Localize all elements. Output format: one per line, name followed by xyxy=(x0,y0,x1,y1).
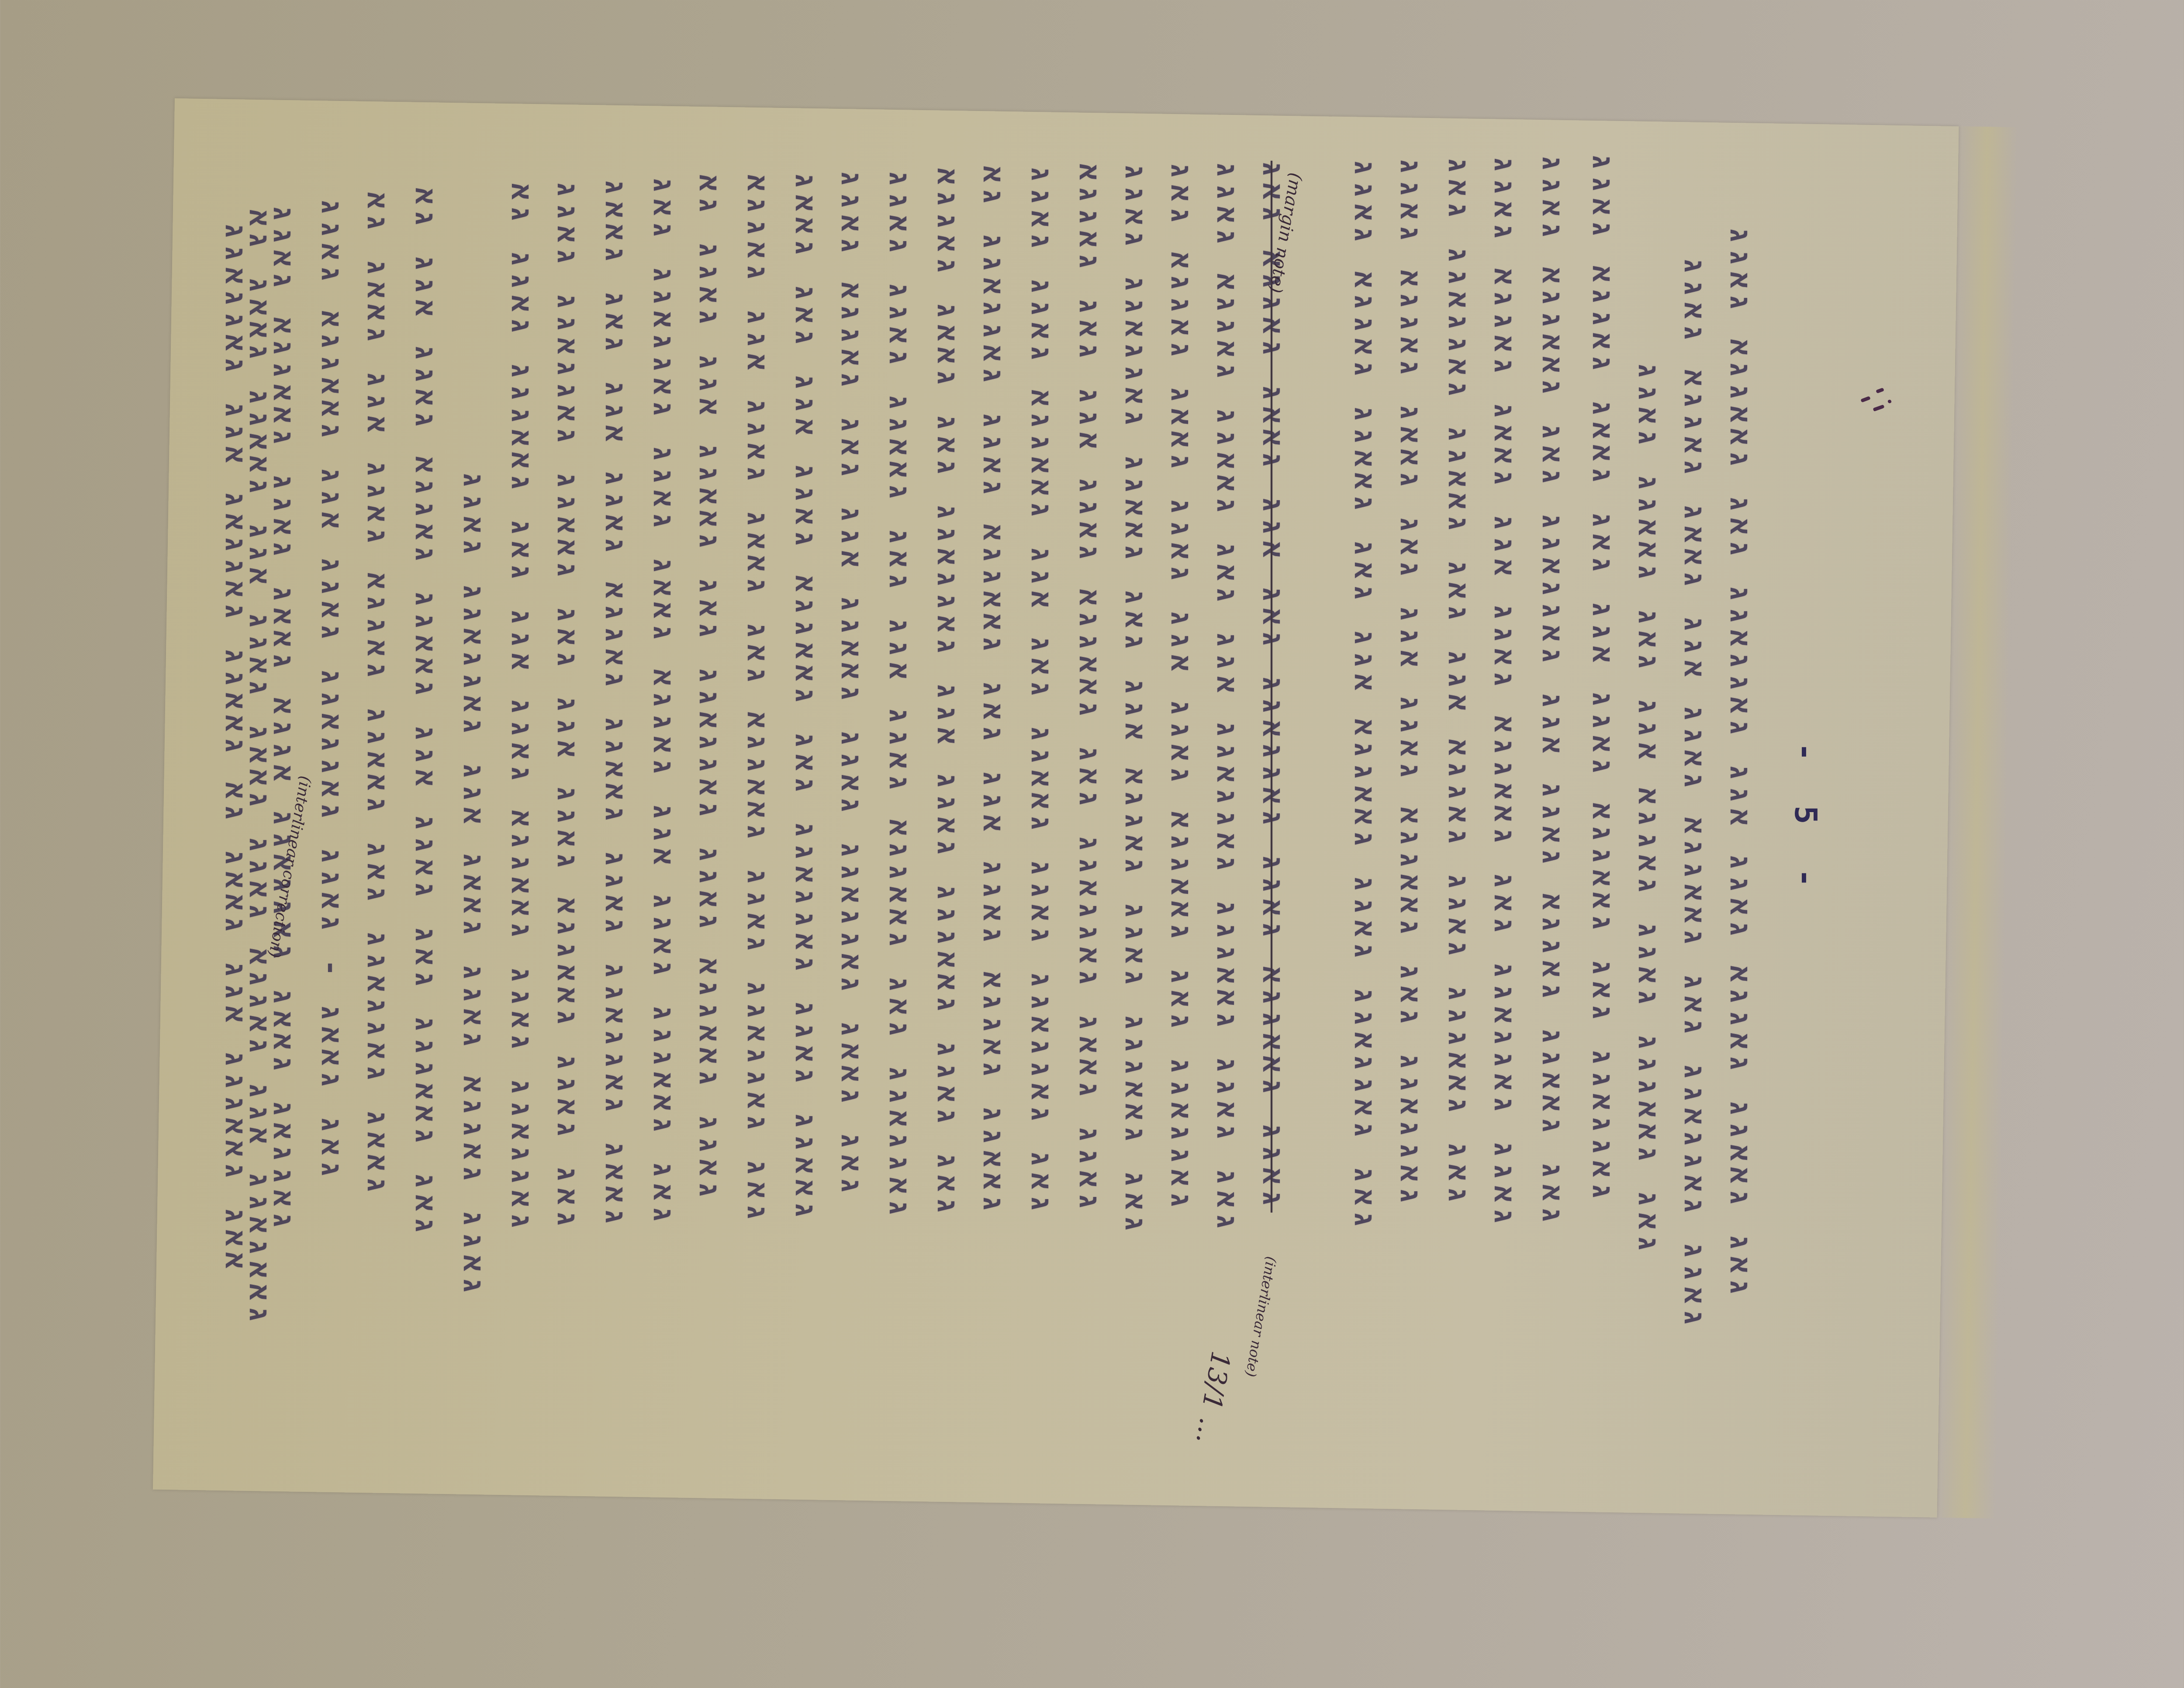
typed-line: גאג גאגגאגג גאגג גאאגגא גאג גאאג גאגג אג… xyxy=(743,175,773,1350)
typed-line: גאאג גאגגאגג גאגג גאאגג גאגגא גאגג אגג ג… xyxy=(601,179,631,1346)
typed-line: גאאגג גאגג גאגגאגג גאג גאאגגא גאגג אגג ג… xyxy=(791,173,821,1352)
typed-line: גאג גאגגאגג גאגג גאאגג גאג אגג גאאגגא גא… xyxy=(1026,166,1057,1354)
typed-line: גאג גאאגג גאגגא גאגג אגג גאגגאגג גאג גאא… xyxy=(1725,227,1756,1372)
typed-line: גאגג גאגגאגג גאג גאאגגא גאגג אגג גאאג גא… xyxy=(1489,156,1520,1366)
typed-line: גאג גאאגגג גאגג גאגגא אגג גאג גאאגג גאגג… xyxy=(1120,164,1151,1356)
typed-line: גאג גאגג גאאגגג גאגגאגג אגג גאג גאאגג גא… xyxy=(1212,162,1243,1359)
typed-line: גאגגאגג גאג גאאגגא גאגג אגג גאג גאאגג גא… xyxy=(885,170,915,1354)
typed-line: גאגגאגג גאג גאאגגא גאגג אגג גאג גאאג גאג… xyxy=(1588,154,1618,1368)
typed-line: גאג גאאגגג גאגג אגג גאגגא גאאג גאגג גאגג… xyxy=(649,177,679,1348)
typed-line: גאגג גאאגגא גאגג גאגגאגג גאג אגג גאאג גא… xyxy=(1258,161,1289,1362)
typed-line: גאאגג גאגגא גאגג אגג גאג גאאגגא גאגג גאג… xyxy=(978,166,1009,1354)
typed-line: גאג גאגגאגג גאגג גאאגגא אגג גאג גאאגג גא… xyxy=(1350,159,1380,1361)
typed-line: גאגגאגג גאג גאאגגא גאגג אגג גאג גאאג גאג… xyxy=(1396,158,1426,1364)
typed-line: גאגג גאאגגא גאגג גאגגאגג גאג גאאגג אגג ג… xyxy=(695,175,725,1350)
typed-line: גאגג גאגגאגג גאג גאאגגא גאגג אגג גאאג גא… xyxy=(1679,258,1710,1367)
paper-fold-shading xyxy=(1935,126,2018,1519)
typed-line: גאגגאג גאאג גאגגאגג אגגא גאאג גאגג גאאגג… xyxy=(269,205,299,1341)
typed-line: גאג גאאגגג גאגג גאגגא אגג גאג גאאגג גאגג… xyxy=(1444,157,1474,1363)
typed-line: גאאג גאגגאגג גאג גאאגג גאגגא גאגג אגג גא… xyxy=(363,192,393,1337)
page-number: - 5 - xyxy=(1788,743,1824,900)
pencil-marks xyxy=(1861,389,1904,419)
typed-line: גאג גאאג גאגגאגג גאגג גאאגג אגג גאג גאגג… xyxy=(836,170,867,1350)
typed-line: גאג גאאגגג גאג גאגג אגג גאאגג גאגגא גאגג… xyxy=(411,188,441,1341)
typed-line: גאגגאגג גאגג גאאגגא גאגג אגג גאג גאאגגג … xyxy=(507,183,537,1341)
typed-line: גאגג גאאג גאגגאגג גאג גאאגגא גאגג אגג גא… xyxy=(1075,164,1105,1356)
typed-line: גאגג גאגגא גאגג גאאג אגג גאגגאגג גאגג xyxy=(459,472,489,1346)
typed-line: גאג גאגג גאאגגא גאגג אגג גאג גאאגג גאגגא… xyxy=(553,181,583,1343)
typed-line: גאג גאאגג גאגגא גאגג אגג גאגגאגג גאג גאא… xyxy=(1538,155,1568,1365)
typed-line: גאג גאגג גאאגגג גאגג אגג גאגגאגג גאג גאא… xyxy=(933,168,963,1352)
typed-line: גאג גאאג - גאגג גאגגאגג גאגג אגג גאאגגא … xyxy=(317,199,347,1339)
typed-line: גאגגאגג גאג גאאגגא גאגג אגג גאגג גאאג גא… xyxy=(1166,163,1197,1359)
typed-line: גאג גאאגגג גאגג גאגגא אגג גאג גאאגג גאגג xyxy=(1634,363,1664,1367)
